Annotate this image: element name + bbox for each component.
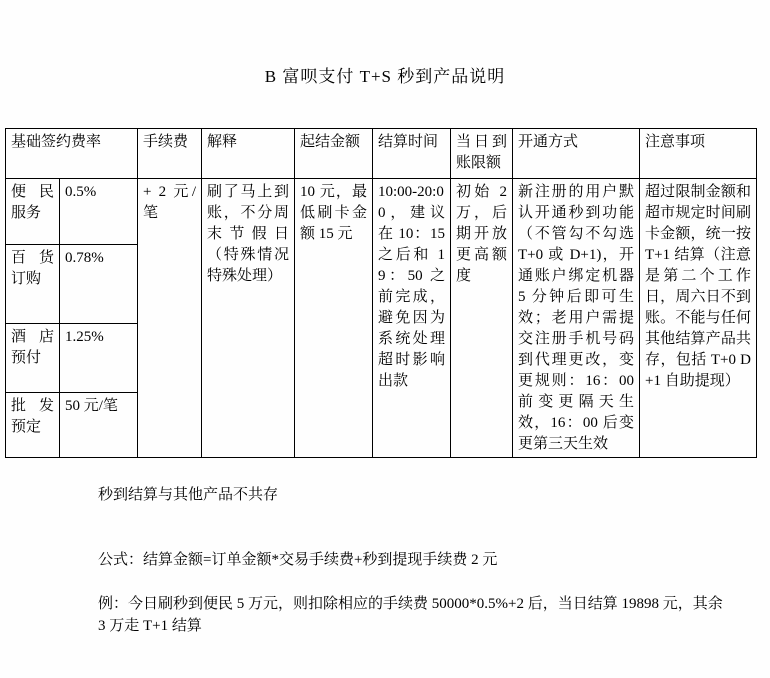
page-title: B 富呗支付 T+S 秒到产品说明 (0, 0, 770, 88)
header-activation: 开通方式 (513, 129, 640, 179)
rate-cell: 0.78% (60, 244, 138, 323)
product-table: 基础签约费率 手续费 解释 起结金额 结算时间 当日到账限额 开通方式 注意事项… (5, 128, 757, 458)
category-cell: 批发预定 (6, 393, 60, 458)
formula-text: 公式：结算金额=订单金额*交易手续费+秒到提现手续费 2 元 (98, 549, 732, 571)
rate-cell: 1.25% (60, 324, 138, 393)
example-text: 例：今日刷秒到便民 5 万元，则扣除相应的手续费 50000*0.5%+2 后，… (98, 593, 732, 637)
header-notes: 注意事项 (640, 129, 757, 179)
notes-cell: 超过限制金额和超市规定时间刷卡金额，统一按 T+1 结算（注意是第二个工作日，周… (640, 179, 757, 458)
starting-amount-cell: 10 元，最低刷卡金额 15 元 (295, 179, 373, 458)
explanation-cell: 刷了马上到账，不分周末节假日（特殊情况特殊处理） (202, 179, 295, 458)
header-daily-limit: 当日到账限额 (451, 129, 513, 179)
rate-cell: 0.5% (60, 179, 138, 245)
header-starting-amount: 起结金额 (295, 129, 373, 179)
header-explanation: 解释 (202, 129, 295, 179)
header-base-rate: 基础签约费率 (6, 129, 138, 179)
category-cell: 百货订购 (6, 244, 60, 323)
daily-limit-cell: 初始 2 万，后期开放更高额度 (451, 179, 513, 458)
category-cell: 便民服务 (6, 179, 60, 245)
header-fee: 手续费 (138, 129, 202, 179)
settlement-time-cell: 10:00-20:00，建议在 10：15 之后和 19：50 之前完成，避免因… (373, 179, 451, 458)
category-cell: 酒店预付 (6, 324, 60, 393)
rate-cell: 50 元/笔 (60, 393, 138, 458)
document-page: B 富呗支付 T+S 秒到产品说明 基础签约费率 手续费 解释 起结金额 结算时… (0, 0, 770, 678)
table-row: 便民服务 0.5% + 2 元/笔 刷了马上到账，不分周末节假日（特殊情况特殊处… (6, 179, 757, 245)
table-header-row: 基础签约费率 手续费 解释 起结金额 结算时间 当日到账限额 开通方式 注意事项 (6, 129, 757, 179)
activation-cell: 新注册的用户默认开通秒到功能（不管勾不勾选 T+0 或 D+1)，开通账户绑定机… (513, 179, 640, 458)
fee-cell: + 2 元/笔 (138, 179, 202, 458)
note-exclusivity: 秒到结算与其他产品不共存 (98, 484, 732, 506)
header-settlement-time: 结算时间 (373, 129, 451, 179)
